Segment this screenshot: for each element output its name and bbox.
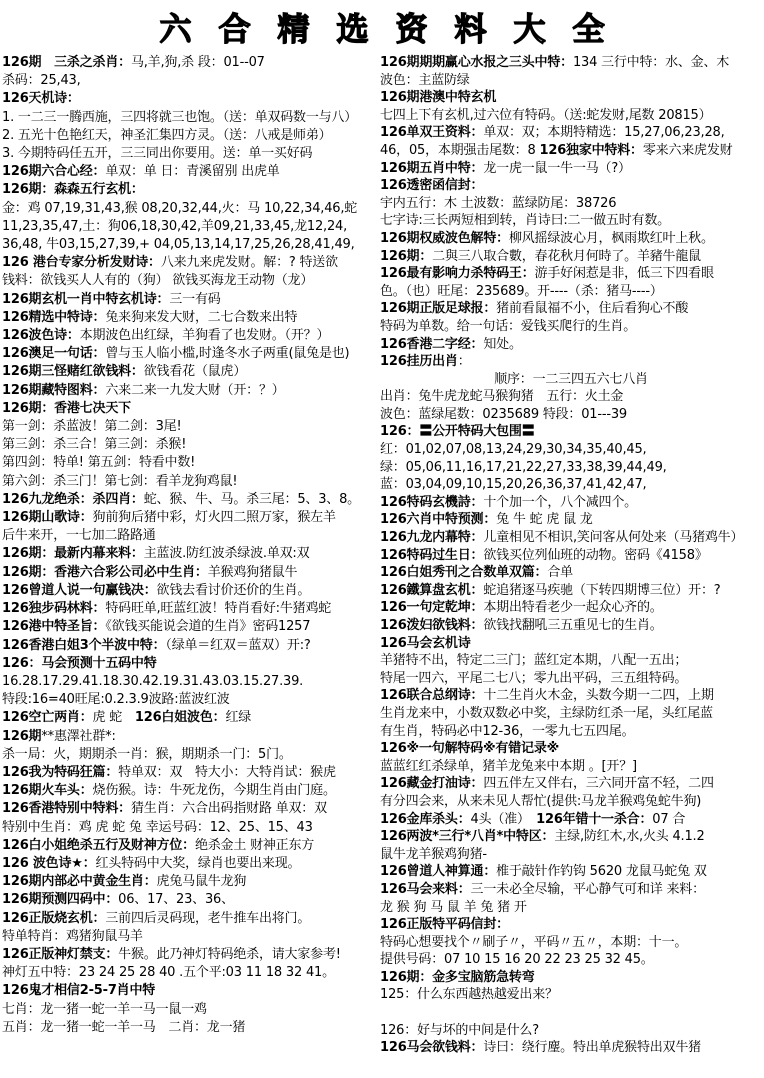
line-label: 126：〓公开特码大包围〓 (380, 424, 535, 439)
line-label: 126白小姐绝杀五行及财神方位： (2, 838, 195, 853)
line-label: 126白姐波色： (135, 710, 226, 725)
line-text: 特别中生肖：鸡 虎 蛇 兔 幸运号码：12、25、15、43 (2, 820, 313, 835)
line-label: 126一句定乾坤： (380, 600, 483, 615)
line-text: 特段:16=40旺尾:0.2.3.9波路:蓝波红波 (2, 692, 230, 707)
text-line: 126期**惠澤社群*: (2, 728, 380, 746)
line-text: 波色：蓝绿尾数：0235689 特段：01---39 (380, 407, 627, 422)
text-line: 126精选中特诗：兔来狗来发大财，二七合数来出特 (2, 309, 380, 327)
line-label: 126空亡两肖： (2, 710, 93, 725)
line-text: 柳风摇绿波心月，枫雨欺红叶上秋。 (509, 231, 714, 246)
line-text: 顺序：一二三四五六七八肖 (494, 372, 648, 387)
text-line: 126九龙内幕特：儿童相见不相识,笑问客从何处来（马猪鸡牛） (380, 529, 762, 547)
line-label: 126六肖中特预测： (380, 512, 496, 527)
line-text: 第三剑：杀三合！第三剑：杀猴! (2, 437, 186, 452)
line-text: 钱料：欲钱买人人有的（狗） 欲钱买海龙王动物（龙） (2, 273, 313, 288)
text-line: 1. 一二三一腾西施，三四将就三也饱。（送：单双码数一与八） (2, 109, 380, 127)
text-line: 126※一句解特码※有错记录※ (380, 740, 762, 758)
line-label: 126期正版足球报： (380, 301, 496, 316)
line-label: 126港中特圣旨： (2, 619, 105, 634)
text-line: 126港中特圣旨：《欲钱买能说会道的生肖》密码1257 (2, 618, 380, 636)
line-text: 羊猪特不出，特定二三门；蓝红定本期，八配一五出； (380, 653, 687, 668)
line-text: 欲钱买位列仙班的动物。密码《4158》 (483, 548, 707, 563)
line-text: 第一剑：杀蓝波！第二剑：3尾! (2, 419, 181, 434)
text-line: 126香港二字经：知处。 (380, 336, 762, 354)
text-line: 126马会欲钱料：诗曰：绕行麈。特出单虎猴特出双牛猪 (380, 1039, 762, 1057)
text-line: 46，05，本期强击尾数：8 126独家中特料：零来六来虎发财 (380, 142, 762, 160)
line-text: 绝杀金土 财神正东方 (195, 838, 314, 853)
line-text: 36,48, 牛03,15,27,39,+ 04,05,13,14,17,25,… (2, 237, 355, 252)
text-line: 126期藏特图料：六来二来一九发大财（开：？） (2, 382, 380, 400)
line-text: 七字诗:三长两短相到转，肖诗曰:二一做五时有数。 (380, 213, 670, 228)
line-text: 126：好与坏的中间是什么? (380, 1023, 539, 1038)
line-text: 3. 今期特码任五开，三三同出你要用。送：单一买好码 (2, 146, 312, 161)
text-line: 第一剑：杀蓝波！第二剑：3尾! (2, 418, 380, 436)
line-label: 126 港台专家分析发财诗： (2, 255, 161, 270)
line-label: 126期：金多宝脑筋急转弯 (380, 970, 535, 985)
line-text: 本期出特看老少一起众心齐的。 (483, 600, 662, 615)
text-line: 鼠牛龙羊猴鸡狗猪- (380, 846, 762, 864)
text-line: 126期内部必中黄金生肖：虎兔马鼠牛龙狗 (2, 873, 380, 891)
text-line: 特单特肖：鸡猪狗鼠马羊 (2, 928, 380, 946)
line-label: 126波色诗： (2, 328, 80, 343)
line-text: 牛猴。此乃神灯特码绝杀，请大家参考! (118, 947, 341, 962)
text-line: 126期玄机一肖中特玄机诗：三一有码 (2, 291, 380, 309)
line-text: 蓝蓝红红杀绿单，猪羊龙兔来中本期 。[开？] (380, 759, 637, 774)
line-text: 儿童相见不相识,笑问客从何处来（马猪鸡牛） (483, 530, 743, 545)
line-label: 126期玄机一肖中特玄机诗： (2, 292, 169, 307)
line-text: 有分四会来，从来未见人帮忙(提供:马龙羊猴鸡兔蛇牛狗) (380, 794, 701, 809)
line-text: 诗曰：绕行麈。特出单虎猴特出双牛猪 (483, 1040, 701, 1055)
text-line: 126正版烧玄机：三前四后灵码现，老牛推车出将门。 (2, 910, 380, 928)
line-label: 126透密函信封： (380, 178, 483, 193)
line-text: 二與三八取合數，春花秋月何時了。羊豬牛龍鼠 (432, 249, 701, 264)
text-line: 11,23,35,47,土：狗06,18,30,42,羊09,21,33,45,… (2, 218, 380, 236)
text-line: 有生肖，特码必中12-36，一零九七五四尾。 (380, 723, 762, 741)
line-label: 126马会来料： (380, 882, 471, 897)
text-line: 126期权威波色解特：柳风摇绿波心月，枫雨欺红叶上秋。 (380, 230, 762, 248)
text-line: 126波色诗：本期波色出红绿，羊狗看了也发财。（开？） (2, 327, 380, 345)
line-text: 单双：双；本期特精选：15,27,06,23,28, (483, 125, 724, 140)
line-text: 特码旺单,旺蓝红波！特肖看好:牛猪鸡蛇 (105, 601, 331, 616)
text-line: 126透密函信封： (380, 177, 762, 195)
text-line: 126 港台专家分析发财诗：八来九来虎发财。解：? 特送欲 (2, 254, 380, 272)
line-text: 曾与玉人临小槛,时逢冬水子两重(鼠兔是也) (105, 346, 349, 361)
line-text: 猜生肖：六合出码指财路 单双：双 (131, 801, 327, 816)
line-text: 金：鸡 07,19,31,43,猴 08,20,32,44,火：马 10,22,… (2, 201, 357, 216)
line-text: 主绿,防红木,水,火头 4.1.2 (554, 829, 704, 844)
line-text: 单双：单 日：青溪留别 出虎单 (105, 164, 279, 179)
line-label: 126九龙绝杀：杀四肖： (2, 492, 144, 507)
text-line: 波色：蓝绿尾数：0235689 特段：01---39 (380, 406, 762, 424)
line-text: 马,羊,狗,杀 段：01--07 (131, 55, 265, 70)
text-line: 宇内五行：木 土波数：蓝绿防尾：38726 (380, 195, 762, 213)
text-line: 提供号码：07 10 15 16 20 22 23 25 32 45。 (380, 951, 762, 969)
line-label: 126泼妇欲钱料： (380, 618, 483, 633)
line-label: 126曾道人神算通： (380, 864, 496, 879)
line-text: 出肖：兔牛虎龙蛇马猴狗猪 五行：火土金 (380, 389, 623, 404)
line-text: 蓝：03,04,09,10,15,20,26,36,37,41,42,47, (380, 477, 647, 492)
text-line: 126期火车头：烧伤猴。诗：牛死龙伤，今期生肖由门庭。 (2, 782, 380, 800)
text-line: 蓝蓝红红杀绿单，猪羊龙兔来中本期 。[开？] (380, 758, 762, 776)
line-text: 三前四后灵码现，老牛推车出将门。 (105, 911, 310, 926)
line-text: 后牛来开，一七加二路路通 (2, 528, 156, 543)
text-line: 顺序：一二三四五六七八肖 (380, 371, 762, 389)
line-label: 126马会玄机诗 (380, 636, 471, 651)
line-text: 生肖龙来中，小数双数必中奖，主绿防红杀一尾，头红尾蓝 (380, 706, 713, 721)
line-label: 126期五肖中特： (380, 161, 483, 176)
line-text: 1. 一二三一腾西施，三四将就三也饱。（送：单双码数一与八） (2, 110, 357, 125)
text-line: 126期：森森五行玄机： (2, 181, 380, 199)
text-line: 特尾一四六，平尾二七八；零九出平码，三五组特码。 (380, 670, 762, 688)
line-label: 126※一句解特码※有错记录※ (380, 741, 559, 756)
line-label: 126独家中特料： (540, 143, 643, 158)
line-text: ： (458, 354, 471, 369)
line-text: 三一未必全尽输，平心静气可和详 来料： (471, 882, 705, 897)
line-label: 126期权威波色解特： (380, 231, 509, 246)
text-line: 后牛来开，一七加二路路通 (2, 527, 380, 545)
text-line: 126：好与坏的中间是什么? (380, 1022, 762, 1040)
line-label: 126精选中特诗： (2, 310, 105, 325)
text-line: 126香港特别中特料：猜生肖：六合出码指财路 单双：双 (2, 800, 380, 818)
text-line: 126期正版足球报：猪前看鼠福不小，住后看狗心不酸 (380, 300, 762, 318)
line-text: 杀一局：火，期期杀一肖：猴，期期杀一门：5门。 (2, 747, 292, 762)
text-line: 有分四会来，从来未见人帮忙(提供:马龙羊猴鸡兔蛇牛狗) (380, 793, 762, 811)
text-line: 126马会玄机诗 (380, 635, 762, 653)
text-line: 126联合总纲诗：十二生肖火木金，头数今期一二四，上期 (380, 687, 762, 705)
text-line: 126期：二與三八取合數，春花秋月何時了。羊豬牛龍鼠 (380, 248, 762, 266)
text-line: 126挂历出肖： (380, 353, 762, 371)
line-text: 宇内五行：木 土波数：蓝绿防尾：38726 (380, 196, 616, 211)
line-text: 波色：主蓝防绿 (380, 73, 470, 88)
line-text: 烧伤猴。诗：牛死龙伤，今期生肖由门庭。 (93, 783, 336, 798)
line-label: 126我为特码狂篇： (2, 765, 118, 780)
line-text: **惠澤社群*: (41, 729, 115, 744)
text-line: 126鐵算盘玄机：蛇追猪逐马疾驰（下转四期博三位）开：? (380, 582, 762, 600)
text-line: 126正版神灯禁支：牛猴。此乃神灯特码绝杀，请大家参考! (2, 946, 380, 964)
line-text: 四五伴左又伴右，三六同开富不轻，二四 (483, 776, 713, 791)
line-text: 兔 牛 蛇 虎 鼠 龙 (496, 512, 592, 527)
line-label: 126：马会预测十五码中特 (2, 656, 157, 671)
line-label: 126最有影响力杀特码王： (380, 266, 535, 281)
text-line: 第三剑：杀三合！第三剑：杀猴! (2, 436, 380, 454)
text-line: 125：什么东西越热越爱出来？ (380, 986, 762, 1004)
line-text: 红头特码中大奖，绿肖也要出来现。 (96, 856, 301, 871)
text-line: 特码心想要找个〃刷子〃，平码〃五〃，本期：十一。 (380, 934, 762, 952)
line-text: 零来六来虎发财 (643, 143, 733, 158)
line-label: 126年错十一杀合： (536, 812, 652, 827)
text-line: 126藏金打油诗：四五伴左又伴右，三六同开富不轻，二四 (380, 775, 762, 793)
line-label: 126白姐秀刊之合数单双篇： (380, 565, 547, 580)
text-line: 126金库杀头：4头（准） 126年错十一杀合：07 合 (380, 811, 762, 829)
line-text: （绿单＝红双＝蓝双）开:? (165, 638, 310, 653)
line-label: 126期：森森五行玄机： (2, 182, 144, 197)
line-label: 126正版神灯禁支： (2, 947, 118, 962)
line-text: 特单双：双 特大小：大特肖试：猴虎 (118, 765, 336, 780)
line-text: 特码为单数。给一句话：爱钱买爬行的生肖。 (380, 319, 636, 334)
line-label: 126天机诗： (2, 91, 80, 106)
line-label: 126期：最新内幕来料： (2, 546, 144, 561)
line-text: 11,23,35,47,土：狗06,18,30,42,羊09,21,33,45,… (2, 219, 347, 234)
line-label: 126九龙内幕特： (380, 530, 483, 545)
line-text: 兔来狗来发大财，二七合数来出特 (105, 310, 297, 325)
line-text: 主蓝波.防红波杀绿波.单双:双 (144, 546, 310, 561)
line-label: 126期 三杀之杀肖： (2, 55, 131, 70)
line-label: 126马会欲钱料： (380, 1040, 483, 1055)
text-line: 126两波*三行*八肖*中特区：主绿,防红木,水,火头 4.1.2 (380, 828, 762, 846)
text-line: 出肖：兔牛虎龙蛇马猴狗猪 五行：火土金 (380, 388, 762, 406)
line-label: 126香港特别中特料： (2, 801, 131, 816)
line-label: 126独步码林料： (2, 601, 105, 616)
text-line: 126最有影响力杀特码王：游手好闲惹是非，低三下四看眼 (380, 265, 762, 283)
line-text: 蛇、猴、牛、马。杀三尾：5、3、8。 (144, 492, 360, 507)
line-label: 126香港白姐3个半波中特： (2, 638, 165, 653)
line-text: 七四上下有玄机,过六位有特码。（送:蛇发财,尾数 20815） (380, 108, 711, 123)
text-line: 126：〓公开特码大包围〓 (380, 423, 762, 441)
line-label: 126香港二字经： (380, 337, 483, 352)
text-line: 126期：香港六合彩公司必中生肖：羊猴鸡狗猪鼠牛 (2, 564, 380, 582)
line-text: 第六剑：杀三门！第七剑：看羊龙狗鸡鼠! (2, 474, 237, 489)
line-text: 猪前看鼠福不小，住后看狗心不酸 (496, 301, 688, 316)
text-line: 126期港澳中特玄机 (380, 89, 762, 107)
line-text: 游手好闲惹是非，低三下四看眼 (535, 266, 714, 281)
line-text: 有生肖，特码必中12-36，一零九七五四尾。 (380, 724, 634, 739)
line-label: 126曾道人说一句赢钱决： (2, 583, 157, 598)
line-text: 134 三行中特：水、金、木 (573, 55, 729, 70)
line-text: 特单特肖：鸡猪狗鼠马羊 (2, 929, 143, 944)
text-line: 126白小姐绝杀五行及财神方位：绝杀金土 财神正东方 (2, 837, 380, 855)
text-line: 126期：金多宝脑筋急转弯 (380, 969, 762, 987)
line-text: 八来九来虎发财。解：? 特送欲 (161, 255, 338, 270)
line-label: 126期预测四码中： (2, 892, 118, 907)
text-line: 126期六合心经：单双：单 日：青溪留别 出虎单 (2, 163, 380, 181)
text-line: 126独步码林料：特码旺单,旺蓝红波！特肖看好:牛猪鸡蛇 (2, 600, 380, 618)
text-line: 126白姐秀刊之合数单双篇：合单 (380, 564, 762, 582)
text-line: 五肖：龙一猪一蛇一羊一马 二肖：龙一猪 (2, 1019, 380, 1037)
line-label: 126期期期赢心水报之三头中特： (380, 55, 573, 70)
text-line: 126期期期赢心水报之三头中特：134 三行中特：水、金、木 (380, 54, 762, 72)
line-text: 狗前狗后猪中彩，灯火四二照万家，猴左羊 (93, 510, 336, 525)
line-text: 本期波色出红绿，羊狗看了也发财。（开？） (80, 328, 330, 343)
text-line: 126六肖中特预测：兔 牛 蛇 虎 鼠 龙 (380, 511, 762, 529)
text-line: 第六剑：杀三门！第七剑：看羊龙狗鸡鼠! (2, 473, 380, 491)
line-text: 绿：05,06,11,16,17,21,22,27,33,38,39,44,49… (380, 460, 667, 475)
line-label: 126 波色诗★： (2, 856, 96, 871)
line-text: 龙一虎一鼠一牛一马（?） (483, 161, 631, 176)
text-line: 2. 五光十色艳红天，神圣汇集四方灵。（送：八戒是师弟） (2, 127, 380, 145)
line-text: 蛇追猪逐马疾驰（下转四期博三位）开：? (483, 583, 720, 598)
line-text: 红：01,02,07,08,13,24,29,30,34,35,40,45, (380, 442, 647, 457)
line-text: 十个加一个，八个减四个。 (483, 495, 637, 510)
text-line: 126天机诗： (2, 90, 380, 108)
text-line: 七肖：龙一猪一蛇一羊一马一鼠一鸡 (2, 1001, 380, 1019)
line-text: 七肖：龙一猪一蛇一羊一马一鼠一鸡 (2, 1002, 207, 1017)
text-line: 特段:16=40旺尾:0.2.3.9波路:蓝波红波 (2, 691, 380, 709)
line-text: 椎于敲针作钓钩 5620 龙鼠马蛇兔 双 (496, 864, 706, 879)
line-text: 欲钱找翻吼三五重见七的生肖。 (483, 618, 662, 633)
line-text: 125：什么东西越热越爱出来？ (380, 987, 558, 1002)
text-line: 126鬼才相信2-5-7肖中特 (2, 982, 380, 1000)
text-line: 126泼妇欲钱料：欲钱找翻吼三五重见七的生肖。 (380, 617, 762, 635)
line-text: 07 合 (652, 812, 685, 827)
line-text: 特尾一四六，平尾二七八；零九出平码，三五组特码。 (380, 671, 687, 686)
line-text: 特码心想要找个〃刷子〃，平码〃五〃，本期：十一。 (380, 935, 687, 950)
line-text: 十二生肖火木金，头数今期一二四，上期 (483, 688, 713, 703)
line-label: 126期：香港六合彩公司必中生肖： (2, 565, 208, 580)
text-line: 杀码：25,43, (2, 72, 380, 90)
line-label: 126期 (2, 729, 41, 744)
text-line: 126我为特码狂篇：特单双：双 特大小：大特肖试：猴虎 (2, 764, 380, 782)
text-line: 126澳足一句话：曾与玉人临小槛,时逢冬水子两重(鼠兔是也) (2, 345, 380, 363)
text-line: 龙 猴 狗 马 鼠 羊 兔 猪 开 (380, 899, 762, 917)
line-label: 126期： (380, 249, 432, 264)
text-line (380, 1004, 762, 1022)
text-line: 126马会来料：三一未必全尽输，平心静气可和详 来料： (380, 881, 762, 899)
text-line: 七字诗:三长两短相到转，肖诗曰:二一做五时有数。 (380, 212, 762, 230)
text-line: 126正版特平码信封： (380, 916, 762, 934)
line-text: 《欲钱买能说会道的生肖》密码1257 (105, 619, 310, 634)
text-line: 特码为单数。给一句话：爱钱买爬行的生肖。 (380, 318, 762, 336)
text-line: 126期五肖中特：龙一虎一鼠一牛一马（?） (380, 160, 762, 178)
line-text: 色。（也）旺尾：235689。开----（杀：猪马----） (380, 284, 663, 299)
text-line: 126一句定乾坤：本期出特看老少一起众心齐的。 (380, 599, 762, 617)
line-text: 合单 (547, 565, 573, 580)
line-text: 六来二来一九发大财（开：？） (105, 383, 284, 398)
line-text: 46，05，本期强击尾数：8 (380, 143, 540, 158)
text-line: 16.28.17.29.41.18.30.42.19.31.43.03.15.2… (2, 673, 380, 691)
text-line: 红：01,02,07,08,13,24,29,30,34,35,40,45, (380, 441, 762, 459)
line-label: 126两波*三行*八肖*中特区： (380, 829, 554, 844)
page: 六合精选资料大全 126期 三杀之杀肖：马,羊,狗,杀 段：01--07杀码：2… (0, 0, 764, 1057)
text-line: 第四剑：特单! 第五剑：特看中数! (2, 454, 380, 472)
line-label: 126单双王资料： (380, 125, 483, 140)
text-line: 126期：最新内幕来料：主蓝波.防红波杀绿波.单双:双 (2, 545, 380, 563)
text-line: 126期山歌诗：狗前狗后猪中彩，灯火四二照万家，猴左羊 (2, 509, 380, 527)
line-label: 126期：香港七决天下 (2, 401, 131, 416)
text-line: 126单双王资料：单双：双；本期特精选：15,27,06,23,28, (380, 124, 762, 142)
text-line: 126期三怪赌红欲钱料：欲钱看花（鼠虎） (2, 363, 380, 381)
line-label: 126期六合心经： (2, 164, 105, 179)
line-label: 126期内部必中黄金生肖： (2, 874, 157, 889)
text-line: 钱料：欲钱买人人有的（狗） 欲钱买海龙王动物（龙） (2, 272, 380, 290)
left-column: 126期 三杀之杀肖：马,羊,狗,杀 段：01--07杀码：25,43,126天… (2, 54, 380, 1057)
line-text: 杀码：25,43, (2, 73, 81, 88)
line-text: 红绿 (225, 710, 251, 725)
text-line: 绿：05,06,11,16,17,21,22,27,33,38,39,44,49… (380, 459, 762, 477)
text-line: 126期：香港七决天下 (2, 400, 380, 418)
line-text: 第四剑：特单! 第五剑：特看中数! (2, 455, 195, 470)
text-line: 羊猪特不出，特定二三门；蓝红定本期，八配一五出； (380, 652, 762, 670)
line-text: 2. 五光十色艳红天，神圣汇集四方灵。（送：八戒是师弟） (2, 128, 331, 143)
text-line: 36,48, 牛03,15,27,39,+ 04,05,13,14,17,25,… (2, 236, 380, 254)
right-column: 126期期期赢心水报之三头中特：134 三行中特：水、金、木波色：主蓝防绿126… (380, 54, 762, 1057)
line-label: 126特码玄機詩： (380, 495, 483, 510)
text-line: 生肖龙来中，小数双数必中奖，主绿防红杀一尾，头红尾蓝 (380, 705, 762, 723)
text-line: 126 波色诗★：红头特码中大奖，绿肖也要出来现。 (2, 855, 380, 873)
text-line: 金：鸡 07,19,31,43,猴 08,20,32,44,火：马 10,22,… (2, 200, 380, 218)
title-row: 六合精选资料大全 (0, 0, 764, 54)
line-text: 16.28.17.29.41.18.30.42.19.31.43.03.15.2… (2, 674, 303, 689)
line-text: 神灯五中特：23 24 25 28 40 .五个平:03 11 18 32 41… (2, 965, 335, 980)
text-line: 3. 今期特码任五开，三三同出你要用。送：单一买好码 (2, 145, 380, 163)
line-text: 鼠牛龙羊猴鸡狗猪- (380, 847, 487, 862)
text-line: 126期预测四码中：06、17、23、36、 (2, 891, 380, 909)
line-text: 06、17、23、36、 (118, 892, 234, 907)
page-title: 六合精选资料大全 (159, 4, 631, 50)
content-columns: 126期 三杀之杀肖：马,羊,狗,杀 段：01--07杀码：25,43,126天… (0, 54, 764, 1057)
line-text: 虎兔马鼠牛龙狗 (157, 874, 247, 889)
text-line: 特别中生肖：鸡 虎 蛇 兔 幸运号码：12、25、15、43 (2, 819, 380, 837)
line-label: 126藏金打油诗： (380, 776, 483, 791)
line-text: 五肖：龙一猪一蛇一羊一马 二肖：龙一猪 (2, 1020, 245, 1035)
text-line: 126曾道人神算通：椎于敲针作钓钩 5620 龙鼠马蛇兔 双 (380, 863, 762, 881)
text-line: 蓝：03,04,09,10,15,20,26,36,37,41,42,47, (380, 476, 762, 494)
line-text: 提供号码：07 10 15 16 20 22 23 25 32 45。 (380, 952, 654, 967)
line-label: 126特码过生日： (380, 548, 483, 563)
line-label: 126联合总纲诗： (380, 688, 483, 703)
line-text: 虎 蛇 (93, 710, 135, 725)
line-text: 羊猴鸡狗猪鼠牛 (208, 565, 298, 580)
line-label: 126正版特平码信封： (380, 917, 509, 932)
line-label: 126澳足一句话： (2, 346, 105, 361)
text-line: 126香港白姐3个半波中特：（绿单＝红双＝蓝双）开:? (2, 637, 380, 655)
line-label: 126期山歌诗： (2, 510, 93, 525)
line-label: 126挂历出肖 (380, 354, 458, 369)
text-line: 126特码过生日：欲钱买位列仙班的动物。密码《4158》 (380, 547, 762, 565)
line-text: 龙 猴 狗 马 鼠 羊 兔 猪 开 (380, 900, 527, 915)
text-line: 126曾道人说一句赢钱决：欲钱去看讨价还价的生肖。 (2, 582, 380, 600)
line-label: 126鬼才相信2-5-7肖中特 (2, 983, 155, 998)
line-label: 126期火车头： (2, 783, 93, 798)
line-text: 欲钱看花（鼠虎） (144, 364, 246, 379)
line-label: 126期港澳中特玄机 (380, 90, 496, 105)
line-label: 126期藏特图料： (2, 383, 105, 398)
text-line: 126九龙绝杀：杀四肖：蛇、猴、牛、马。杀三尾：5、3、8。 (2, 491, 380, 509)
line-text: 4头（准） (471, 812, 537, 827)
text-line: 126空亡两肖：虎 蛇 126白姐波色：红绿 (2, 709, 380, 727)
line-label: 126金库杀头： (380, 812, 471, 827)
text-line: 波色：主蓝防绿 (380, 72, 762, 90)
text-line: 神灯五中特：23 24 25 28 40 .五个平:03 11 18 32 41… (2, 964, 380, 982)
line-text: 三一有码 (169, 292, 220, 307)
line-label: 126正版烧玄机： (2, 911, 105, 926)
text-line: 杀一局：火，期期杀一肖：猴，期期杀一门：5门。 (2, 746, 380, 764)
line-text: 知处。 (483, 337, 521, 352)
text-line: 126：马会预测十五码中特 (2, 655, 380, 673)
text-line: 126期 三杀之杀肖：马,羊,狗,杀 段：01--07 (2, 54, 380, 72)
text-line: 七四上下有玄机,过六位有特码。（送:蛇发财,尾数 20815） (380, 107, 762, 125)
line-label: 126期三怪赌红欲钱料： (2, 364, 144, 379)
text-line: 126特码玄機詩：十个加一个，八个减四个。 (380, 494, 762, 512)
text-line: 色。（也）旺尾：235689。开----（杀：猪马----） (380, 283, 762, 301)
line-label: 126鐵算盘玄机： (380, 583, 483, 598)
line-text: 欲钱去看讨价还价的生肖。 (157, 583, 311, 598)
